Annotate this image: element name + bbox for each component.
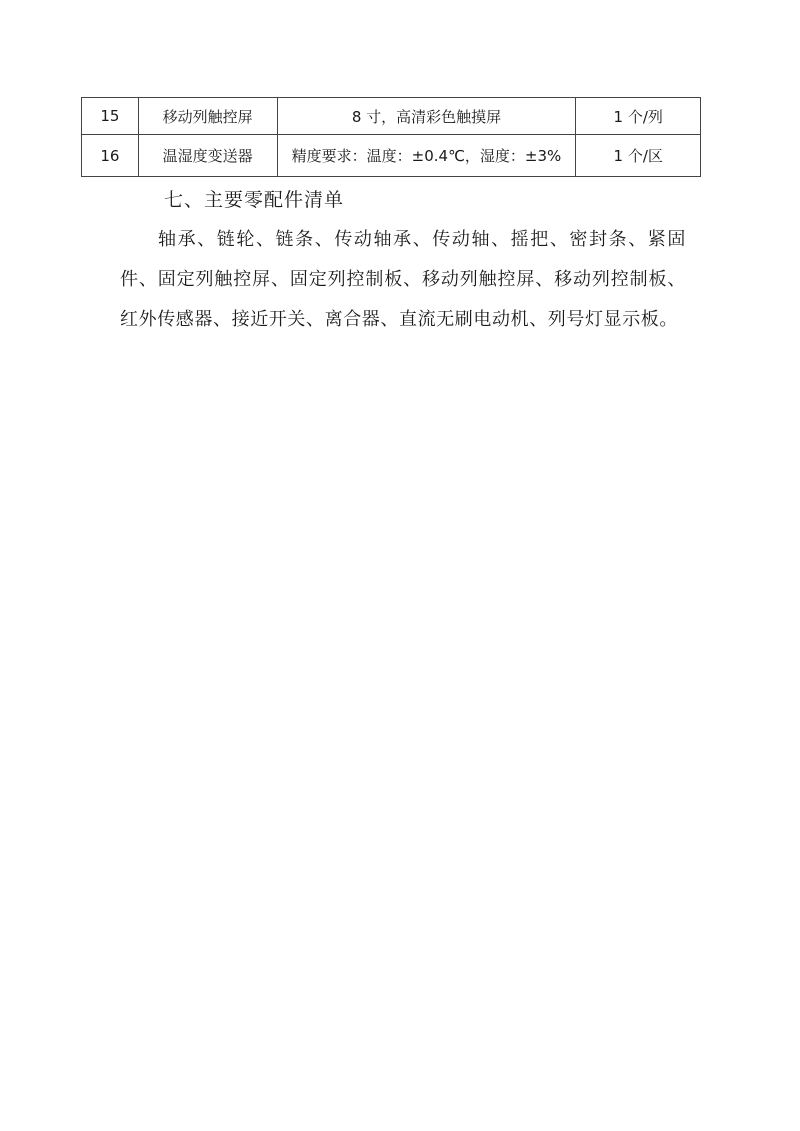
item-quantity: 1 个/区 <box>576 135 701 177</box>
item-spec: 8 寸，高清彩色触摸屏 <box>277 98 576 135</box>
document-page: 15 移动列触控屏 8 寸，高清彩色触摸屏 1 个/列 16 温湿度变送器 精度… <box>0 0 800 1131</box>
spec-table: 15 移动列触控屏 8 寸，高清彩色触摸屏 1 个/列 16 温湿度变送器 精度… <box>81 97 701 177</box>
table-row: 15 移动列触控屏 8 寸，高清彩色触摸屏 1 个/列 <box>82 98 701 135</box>
item-name: 温湿度变送器 <box>138 135 277 177</box>
row-index: 15 <box>82 98 139 135</box>
table-row: 16 温湿度变送器 精度要求：温度：±0.4℃，湿度：±3% 1 个/区 <box>82 135 701 177</box>
item-name: 移动列触控屏 <box>138 98 277 135</box>
parts-list-paragraph: 轴承、链轮、链条、传动轴承、传动轴、摇把、密封条、紧固件、固定列触控屏、固定列控… <box>120 220 686 340</box>
item-quantity: 1 个/列 <box>576 98 701 135</box>
item-spec: 精度要求：温度：±0.4℃，湿度：±3% <box>277 135 576 177</box>
row-index: 16 <box>82 135 139 177</box>
section-heading: 七、主要零配件清单 <box>164 186 344 214</box>
